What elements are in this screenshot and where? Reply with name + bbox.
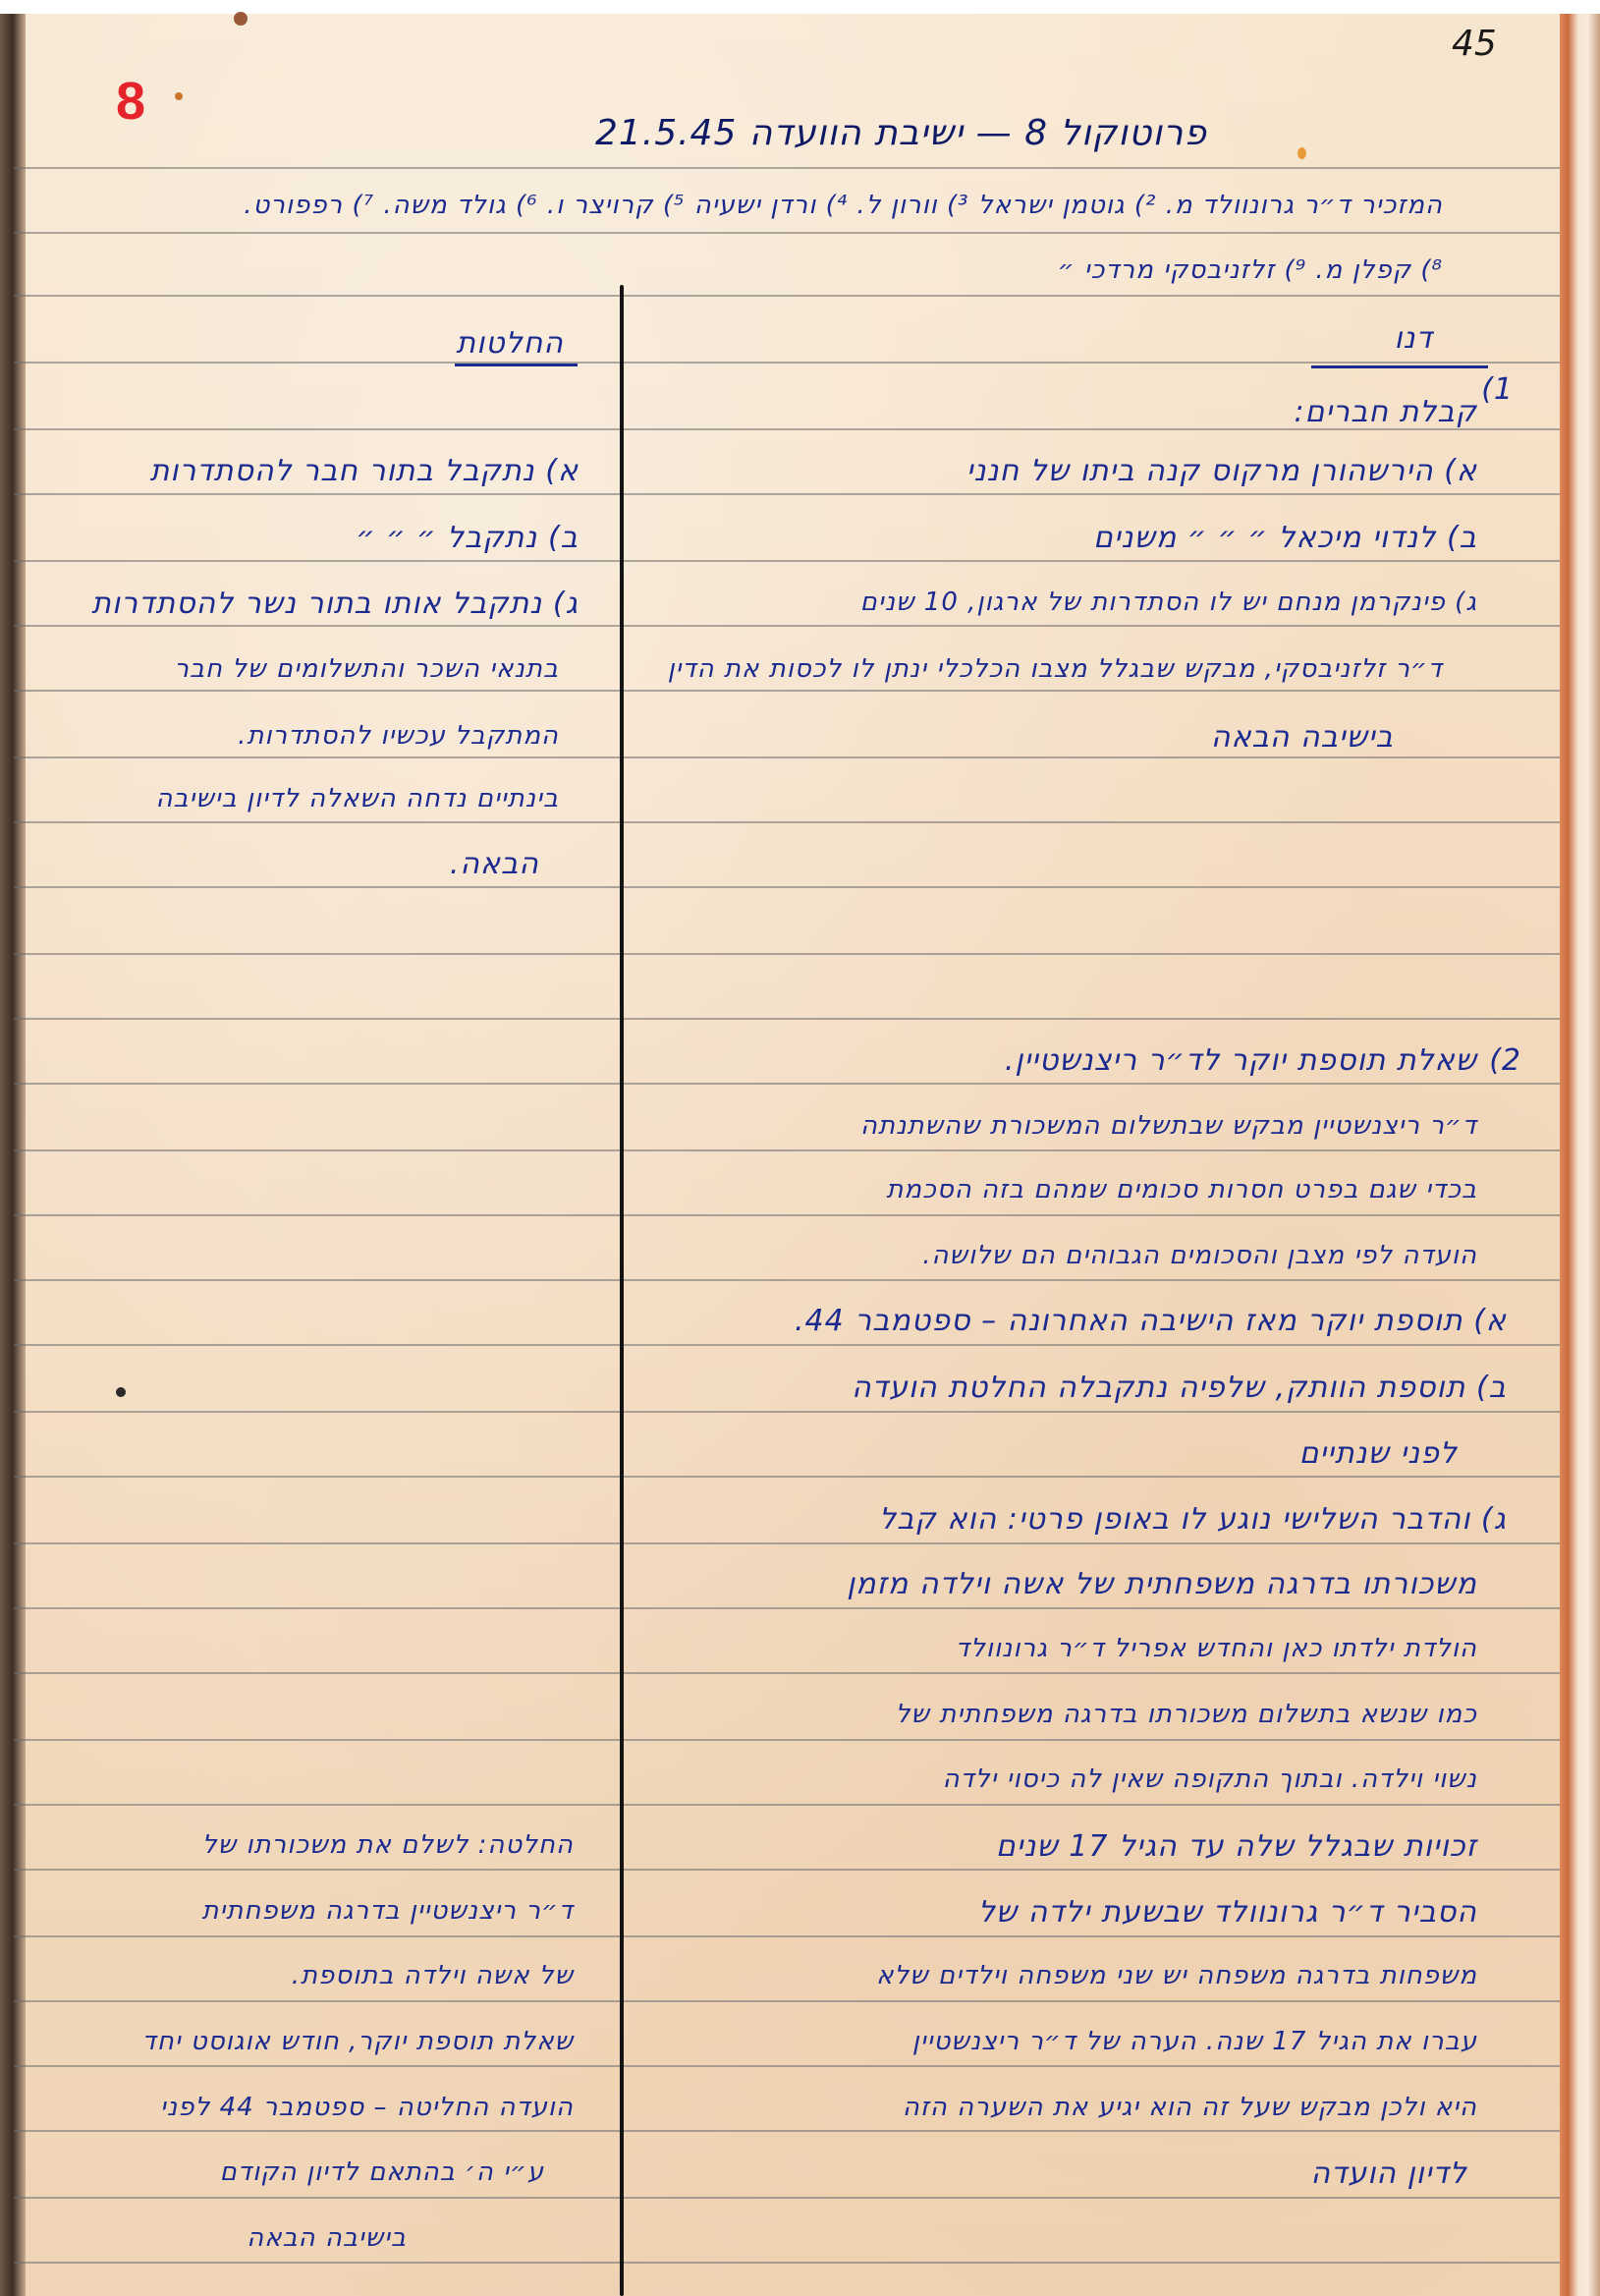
ruled-line [14, 1476, 1560, 1478]
decision-block-line: הועדה החליטה – ספטמבר 44 לפני [160, 2095, 574, 2120]
section-2-line: עברו את הגיל 17 שנה. הערה של ד״ר ריצנשטי… [912, 2029, 1477, 2054]
ruled-line [14, 2262, 1560, 2264]
section-2-line: לדיון הועדה [1310, 2159, 1467, 2189]
ruled-line [14, 1214, 1560, 1216]
member-item: ג) פינקרמן מנחם יש לו הסתדרות של ארגון, … [860, 589, 1477, 615]
ruled-line [14, 886, 1560, 888]
ruled-line [14, 2000, 1560, 2002]
ruled-line [14, 560, 1560, 562]
agenda-label: דנו [1394, 324, 1433, 354]
member-text: הירשהורן מרקוס קנה ביתו של חנני [966, 454, 1434, 488]
ruled-line [14, 1607, 1560, 1609]
ruled-line [14, 1411, 1560, 1413]
decision-block-line: החלטה: לשלם את משכורתו של [202, 1832, 574, 1858]
protocol-title: פרוטוקול 8 — ישיבת הוועדה 21.5.45 [595, 116, 1207, 151]
decision-block-line: ע״י ה׳ בהתאם לדיון הקודם [220, 2159, 544, 2185]
ruled-line [14, 2130, 1560, 2132]
page-edge [1560, 14, 1600, 2296]
section-2-line: שאלת תוספת יוקר לד״ר ריצנשטיין. [1005, 1046, 1477, 1076]
notebook-page [0, 14, 1600, 2296]
decision-item: ב) נתקבל ״ ״ ״ [356, 524, 579, 553]
decision-text: נתקבל בתור חבר להסתדרות [150, 454, 535, 488]
agenda-underline [1311, 365, 1488, 368]
ruled-line [14, 232, 1560, 234]
section-2-line: ד״ר ריצנשטיין מבקש שבתשלום המשכורת שהשתנ… [860, 1113, 1477, 1139]
ink-stain [1297, 147, 1306, 159]
member-note: בישיבה הבאה [1211, 723, 1394, 753]
ruled-line [14, 1672, 1560, 1674]
ink-stain [234, 12, 248, 26]
decision-num: ג) [553, 587, 579, 621]
ruled-line [14, 1018, 1560, 1020]
decision-item: ג) נתקבל אותו בתור נשר להסתדרות [91, 589, 579, 619]
member-num: ג) [1455, 588, 1477, 617]
ruled-line [14, 1542, 1560, 1544]
ruled-line [14, 1804, 1560, 1806]
decision-text: נתקבל ״ ״ ״ [356, 521, 537, 555]
page-number: 45 [1452, 24, 1497, 64]
section-2-line: הסביר ד״ר גרונוולד שבשעת ילדה של [978, 1898, 1477, 1928]
attendees-line-1: המזכיר ד״ר גרונוולד מ. ²) גוטמן ישראל ³)… [244, 193, 1443, 218]
ruled-line [14, 1083, 1560, 1085]
ruled-line [14, 1279, 1560, 1281]
section-2-line: הולדת ילדתו כאן והחדש אפריל ד״ר גרונוולד [956, 1636, 1477, 1661]
section-2-number: 2) [1489, 1046, 1521, 1076]
decision-block-line: בישיבה הבאה [247, 2225, 407, 2251]
member-num: ב) [1447, 521, 1477, 555]
section-2-line: היא ולכן מבקש שעל זה הוא יגיע את השערה ה… [903, 2095, 1477, 2120]
section-2-line: כמו שנשא בתשלום משכורתו בדרגה משפחתית של [896, 1702, 1477, 1727]
decision-line: בינתיים נדחה השאלה לדיון בישיבה [156, 786, 559, 812]
section-2-line: נשוי וילדה. ובתוך התקופה שאין לה כיסוי י… [943, 1766, 1477, 1792]
decisions-underline [455, 364, 578, 366]
decision-line: בתנאי השכר והתשלומים של חבר [174, 656, 559, 682]
decision-line: הבאה. [450, 850, 539, 879]
decision-block-line: שאלת תוספת יוקר, חודש אוגוסט יחד [142, 2029, 574, 2054]
ruled-line [14, 756, 1560, 758]
ruled-line [14, 493, 1560, 495]
ruled-line [14, 690, 1560, 692]
section-2-line: משכורתו בדרגה משפחתית של אשה וילדה מזמן [847, 1570, 1477, 1599]
member-num: א) [1444, 454, 1477, 488]
section-2-line: משפחות בדרגה משפחה יש שני משפחה וילדים ש… [876, 1963, 1477, 1988]
attendees-line-2: ⁸) קפלן מ. ⁹) זלזניבסקי מרדכי ״ [1058, 257, 1443, 283]
ruled-line [14, 2197, 1560, 2199]
column-divider [620, 285, 624, 2296]
ruled-line [14, 821, 1560, 823]
ruled-line [14, 362, 1560, 364]
decision-num: ב) [548, 521, 579, 555]
section-2-line: הועדה לפי מצבן והסכומים הגבוהים הם שלושה… [922, 1243, 1477, 1268]
ruled-line [14, 295, 1560, 297]
ruled-line [14, 1149, 1560, 1151]
section-2-line: ג) והדבר השלישי נוגע לו באופן פרטי: הוא … [879, 1505, 1507, 1535]
section-2-line: לפני שנתיים [1299, 1439, 1458, 1469]
section-2-line: ב) תוספת הוותק, שלפיה נתקבלה החלטת הועדה [852, 1373, 1507, 1403]
decision-block-line: ד״ר ריצנשטיין בדרגה משפחתית [201, 1898, 574, 1924]
member-text: פינקרמן מנחם יש לו הסתדרות של ארגון, 10 … [860, 588, 1446, 617]
decisions-header: החלטות [456, 329, 564, 359]
page-marker-number: 8 [116, 71, 145, 132]
section-2-line: א) תוספת יוקר מאז הישיבה האחרונה – ספטמב… [795, 1307, 1507, 1336]
ruled-line [14, 625, 1560, 627]
member-text: לנדוי מיכאל ״ ״ ״ משנים [1093, 521, 1436, 555]
decision-num: א) [545, 454, 579, 488]
decision-text: נתקבל אותו בתור נשר להסתדרות [91, 587, 542, 621]
section-2-line: בכדי שגם בפרט חסרות סכומים שמהם בזה הסכמ… [886, 1177, 1477, 1203]
decision-block-line: של אשה וילדה בתוספת. [292, 1963, 574, 1988]
ruled-line [14, 1344, 1560, 1346]
ruled-line [14, 1739, 1560, 1741]
ruled-line [14, 167, 1560, 169]
section-1-title: קבלת חברים: [1294, 398, 1477, 427]
section-2-line: זכויות שבגלל שלה עד הגיל 17 שנים [996, 1832, 1477, 1862]
ink-stain [175, 92, 183, 100]
ruled-line [14, 953, 1560, 955]
decision-item: א) נתקבל בתור חבר להסתדרות [150, 457, 579, 486]
member-item: ב) לנדוי מיכאל ״ ״ ״ משנים [1093, 524, 1477, 553]
member-item: א) הירשהורן מרקוס קנה ביתו של חנני [966, 457, 1477, 486]
decision-line: המתקבל עכשיו להסתדרות. [238, 723, 559, 749]
ruled-line [14, 2065, 1560, 2067]
ruled-line [14, 1869, 1560, 1871]
page-binding [0, 14, 26, 2296]
ink-stain [116, 1387, 126, 1397]
section-1-number: 1) [1481, 375, 1514, 405]
ruled-line [14, 1935, 1560, 1937]
member-note: ד״ר זלזניבסקי, מבקש שבגלל מצבו הכלכלי ינ… [668, 656, 1443, 682]
